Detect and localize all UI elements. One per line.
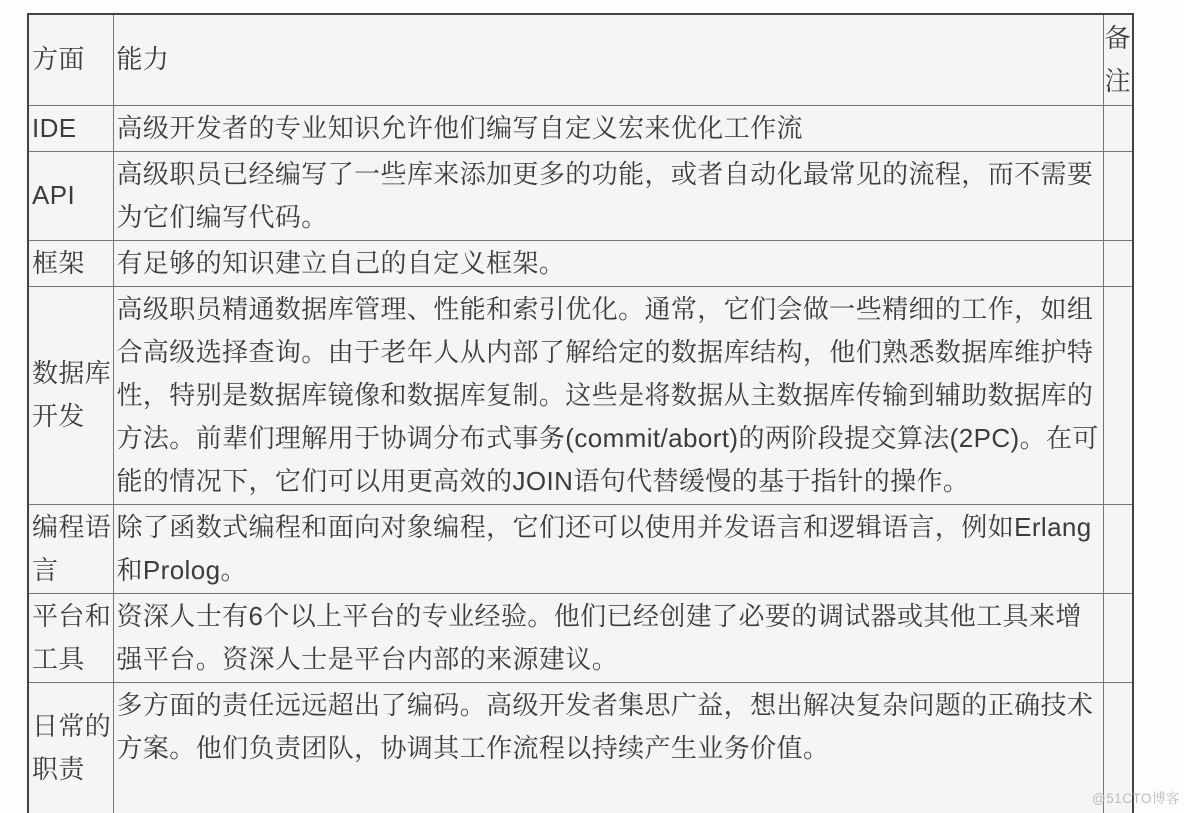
table-row: 平台和工具 资深人士有6个以上平台的专业经验。他们已经创建了必要的调试器或其他工… (28, 593, 1133, 682)
note-cell (1103, 151, 1133, 240)
aspect-cell: 日常的职责 (28, 682, 113, 813)
ability-cell: 资深人士有6个以上平台的专业经验。他们已经创建了必要的调试器或其他工具来增强平台… (113, 593, 1103, 682)
table-row: API 高级职员已经编写了一些库来添加更多的功能，或者自动化最常见的流程，而不需… (28, 151, 1133, 240)
table-header-row: 方面 能力 备注 (28, 14, 1133, 105)
note-cell (1103, 105, 1133, 151)
note-cell (1103, 286, 1133, 504)
ability-cell: 高级职员精通数据库管理、性能和索引优化。通常，它们会做一些精细的工作，如组合高级… (113, 286, 1103, 504)
table-row: 编程语言 除了函数式编程和面向对象编程，它们还可以使用并发语言和逻辑语言，例如E… (28, 504, 1133, 593)
aspect-cell: IDE (28, 105, 113, 151)
header-note: 备注 (1103, 14, 1133, 105)
header-aspect: 方面 (28, 14, 113, 105)
page: 方面 能力 备注 IDE 高级开发者的专业知识允许他们编写自定义宏来优化工作流 … (0, 0, 1184, 813)
note-cell (1103, 240, 1133, 286)
watermark: @51CTO博客 (1092, 787, 1180, 807)
note-cell (1103, 504, 1133, 593)
ability-cell: 高级开发者的专业知识允许他们编写自定义宏来优化工作流 (113, 105, 1103, 151)
aspect-cell: 编程语言 (28, 504, 113, 593)
table-row: IDE 高级开发者的专业知识允许他们编写自定义宏来优化工作流 (28, 105, 1133, 151)
aspect-cell: 数据库开发 (28, 286, 113, 504)
aspect-cell: 平台和工具 (28, 593, 113, 682)
capability-table: 方面 能力 备注 IDE 高级开发者的专业知识允许他们编写自定义宏来优化工作流 … (27, 13, 1134, 813)
note-cell (1103, 593, 1133, 682)
table-row: 日常的职责 多方面的责任远远超出了编码。高级开发者集思广益，想出解决复杂问题的正… (28, 682, 1133, 813)
header-ability: 能力 (113, 14, 1103, 105)
ability-cell: 除了函数式编程和面向对象编程，它们还可以使用并发语言和逻辑语言，例如Erlang… (113, 504, 1103, 593)
table-row: 数据库开发 高级职员精通数据库管理、性能和索引优化。通常，它们会做一些精细的工作… (28, 286, 1133, 504)
ability-cell: 多方面的责任远远超出了编码。高级开发者集思广益，想出解决复杂问题的正确技术方案。… (113, 682, 1103, 813)
table-row: 框架 有足够的知识建立自己的自定义框架。 (28, 240, 1133, 286)
aspect-cell: 框架 (28, 240, 113, 286)
aspect-cell: API (28, 151, 113, 240)
ability-cell: 高级职员已经编写了一些库来添加更多的功能，或者自动化最常见的流程，而不需要为它们… (113, 151, 1103, 240)
ability-cell: 有足够的知识建立自己的自定义框架。 (113, 240, 1103, 286)
